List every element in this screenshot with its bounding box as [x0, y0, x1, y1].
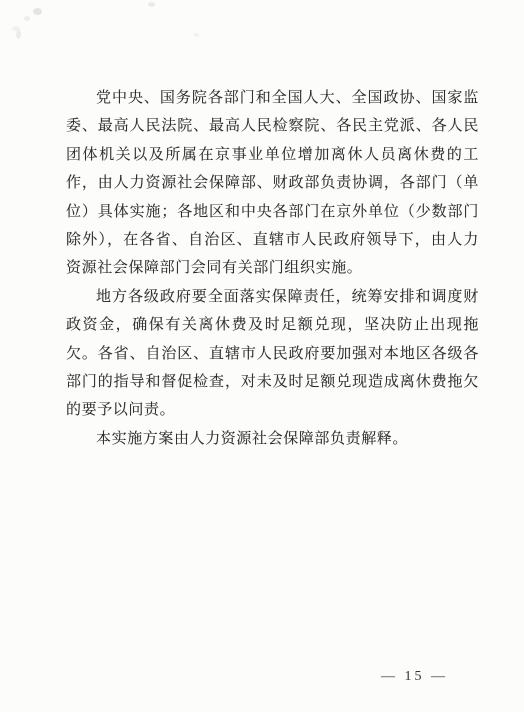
- paragraph-3: 本实施方案由人力资源社会保障部负责解释。: [66, 425, 479, 453]
- scan-speckle: [33, 8, 42, 15]
- page-number: — 15 —: [0, 669, 448, 685]
- document-body: 党中央、国务院各部门和全国人大、全国政协、国家监委、最高人民法院、最高人民检察院…: [66, 84, 479, 453]
- scan-speckle: [16, 30, 21, 39]
- scanned-document-page: 党中央、国务院各部门和全国人大、全国政协、国家监委、最高人民法院、最高人民检察院…: [0, 0, 524, 712]
- paragraph-1: 党中央、国务院各部门和全国人大、全国政协、国家监委、最高人民法院、最高人民检察院…: [66, 84, 479, 283]
- scan-speckle: [24, 16, 30, 21]
- scan-speckle: [194, 33, 199, 37]
- paragraph-2: 地方各级政府要全面落实保障责任，统筹安排和调度财政资金，确保有关离休费及时足额兑…: [66, 283, 479, 425]
- scan-speckle: [148, 2, 155, 7]
